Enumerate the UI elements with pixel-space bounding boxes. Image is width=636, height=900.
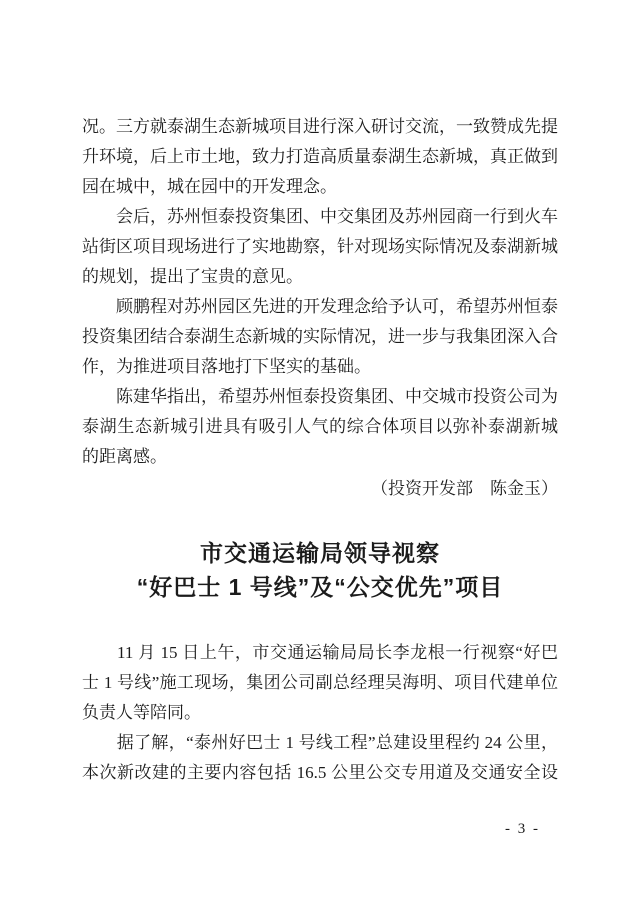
text-line: 园在城中，城在园中的开发理念。	[82, 172, 558, 202]
text-line: 顾鹏程对苏州园区先进的开发理念给予认可，希望苏州恒泰	[82, 292, 558, 322]
text-line: 的规划，提出了宝贵的意见。	[82, 262, 558, 292]
text-line: 据了解，“泰州好巴士 1 号线工程”总建设里程约 24 公里，	[82, 728, 558, 758]
text-line: 投资集团结合泰湖生态新城的实际情况，进一步与我集团深入合	[82, 322, 558, 352]
text-line: 陈建华指出，希望苏州恒泰投资集团、中交城市投资公司为	[82, 382, 558, 412]
article-2-title: 市交通运输局领导视察 “好巴士 1 号线”及“公交优先”项目	[82, 536, 558, 604]
text-line: 泰湖生态新城引进具有吸引人气的综合体项目以弥补泰湖新城	[82, 412, 558, 442]
text-line: 升环境，后上市土地，致力打造高质量泰湖生态新城，真正做到	[82, 142, 558, 172]
text-line: 负责人等陪同。	[82, 698, 558, 728]
article-1-body: 况。三方就泰湖生态新城项目进行深入研讨交流，一致赞成先提升环境，后上市土地，致力…	[82, 112, 558, 472]
text-line: 本次新改建的主要内容包括 16.5 公里公交专用道及交通安全设	[82, 758, 558, 788]
article-2-title-line-2: “好巴士 1 号线”及“公交优先”项目	[82, 570, 558, 604]
page-content: 况。三方就泰湖生态新城项目进行深入研讨交流，一致赞成先提升环境，后上市土地，致力…	[82, 112, 558, 788]
article-1-byline: （投资开发部 陈金玉）	[82, 474, 558, 504]
document-page: 况。三方就泰湖生态新城项目进行深入研讨交流，一致赞成先提升环境，后上市土地，致力…	[0, 0, 636, 900]
article-2-body: 11 月 15 日上午，市交通运输局局长李龙根一行视察“好巴士 1 号线”施工现…	[82, 638, 558, 788]
text-line: 11 月 15 日上午，市交通运输局局长李龙根一行视察“好巴	[82, 638, 558, 668]
text-line: 的距离感。	[82, 442, 558, 472]
page-number: - 3 -	[505, 820, 540, 838]
text-line: 况。三方就泰湖生态新城项目进行深入研讨交流，一致赞成先提	[82, 112, 558, 142]
text-line: 士 1 号线”施工现场，集团公司副总经理吴海明、项目代建单位	[82, 668, 558, 698]
article-2-title-line-1: 市交通运输局领导视察	[82, 536, 558, 570]
text-line: 会后，苏州恒泰投资集团、中交集团及苏州园商一行到火车	[82, 202, 558, 232]
text-line: 站街区项目现场进行了实地勘察，针对现场实际情况及泰湖新城	[82, 232, 558, 262]
text-line: 作，为推进项目落地打下坚实的基础。	[82, 352, 558, 382]
